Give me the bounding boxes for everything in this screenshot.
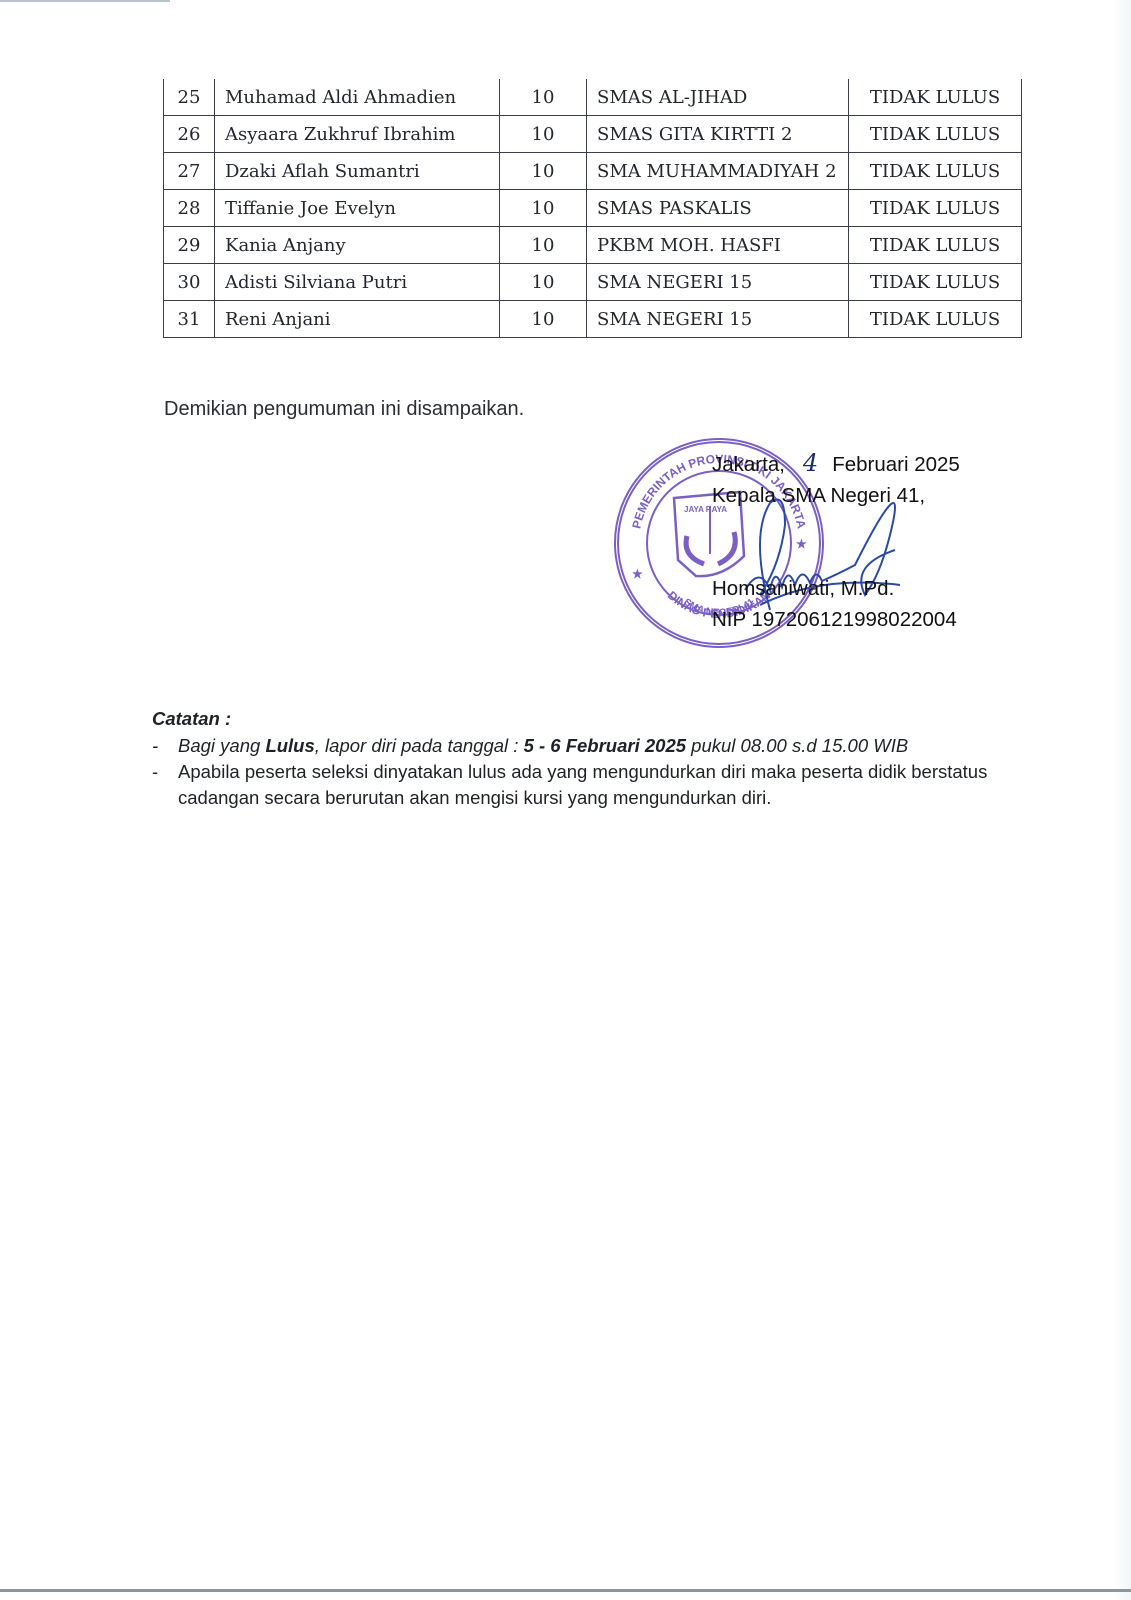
grade: 10	[500, 153, 587, 190]
student-name: Kania Anjany	[215, 227, 500, 264]
table-row: 27Dzaki Aflah Sumantri10SMA MUHAMMADIYAH…	[164, 153, 1022, 190]
notes-section: Catatan : - Bagi yang Lulus, lapor diri …	[152, 708, 1008, 811]
student-name: Adisti Silviana Putri	[215, 264, 500, 301]
note-item-cadangan: - Apabila peserta seleksi dinyatakan lul…	[152, 759, 1008, 811]
origin-school: SMAS AL-JIHAD	[587, 79, 849, 116]
handwritten-day: 4	[803, 449, 818, 477]
status-badge: TIDAK LULUS	[849, 227, 1022, 264]
results-table: 25Muhamad Aldi Ahmadien10SMAS AL-JIHADTI…	[163, 79, 1022, 338]
student-name: Dzaki Aflah Sumantri	[215, 153, 500, 190]
notes-title: Catatan :	[152, 708, 1008, 730]
table-row: 26Asyaara Zukhruf Ibrahim10SMAS GITA KIR…	[164, 116, 1022, 153]
table-row: 30Adisti Silviana Putri10SMA NEGERI 15TI…	[164, 264, 1022, 301]
grade: 10	[500, 301, 587, 338]
svg-text:★: ★	[632, 567, 643, 581]
row-number: 30	[164, 264, 215, 301]
status-badge: TIDAK LULUS	[849, 79, 1022, 116]
student-name: Muhamad Aldi Ahmadien	[215, 79, 500, 116]
origin-school: SMA NEGERI 15	[587, 264, 849, 301]
row-number: 28	[164, 190, 215, 227]
signature-block: Jakarta,4Februari 2025 Kepala SMA Negeri…	[712, 448, 960, 635]
note-item-lulus: - Bagi yang Lulus, lapor diri pada tangg…	[152, 733, 1008, 759]
status-badge: TIDAK LULUS	[849, 153, 1022, 190]
scan-edge-top	[0, 0, 170, 2]
closing-text: Demikian pengumuman ini disampaikan.	[164, 398, 524, 421]
grade: 10	[500, 79, 587, 116]
table-row: 25Muhamad Aldi Ahmadien10SMAS AL-JIHADTI…	[164, 79, 1022, 116]
student-name: Asyaara Zukhruf Ibrahim	[215, 116, 500, 153]
scan-edge-bottom	[0, 1589, 1131, 1592]
table-row: 29Kania Anjany10PKBM MOH. HASFITIDAK LUL…	[164, 227, 1022, 264]
student-name: Reni Anjani	[215, 301, 500, 338]
grade: 10	[500, 190, 587, 227]
row-number: 29	[164, 227, 215, 264]
status-badge: TIDAK LULUS	[849, 190, 1022, 227]
grade: 10	[500, 227, 587, 264]
signatory-nip: NIP 197206121998022004	[712, 604, 960, 635]
student-name: Tiffanie Joe Evelyn	[215, 190, 500, 227]
status-badge: TIDAK LULUS	[849, 116, 1022, 153]
row-number: 25	[164, 79, 215, 116]
origin-school: SMA MUHAMMADIYAH 2	[587, 153, 849, 190]
signatory-position: Kepala SMA Negeri 41,	[712, 480, 960, 511]
origin-school: SMAS GITA KIRTTI 2	[587, 116, 849, 153]
row-number: 26	[164, 116, 215, 153]
grade: 10	[500, 116, 587, 153]
grade: 10	[500, 264, 587, 301]
signatory-name: Homsaniwati, M.Pd.	[712, 573, 960, 604]
table-row: 31Reni Anjani10SMA NEGERI 15TIDAK LULUS	[164, 301, 1022, 338]
origin-school: SMA NEGERI 15	[587, 301, 849, 338]
origin-school: PKBM MOH. HASFI	[587, 227, 849, 264]
scan-shade-right	[1113, 0, 1131, 1600]
origin-school: SMAS PASKALIS	[587, 190, 849, 227]
status-badge: TIDAK LULUS	[849, 264, 1022, 301]
signature-date: Jakarta,4Februari 2025	[712, 448, 960, 480]
row-number: 31	[164, 301, 215, 338]
status-badge: TIDAK LULUS	[849, 301, 1022, 338]
row-number: 27	[164, 153, 215, 190]
table-row: 28Tiffanie Joe Evelyn10SMAS PASKALISTIDA…	[164, 190, 1022, 227]
